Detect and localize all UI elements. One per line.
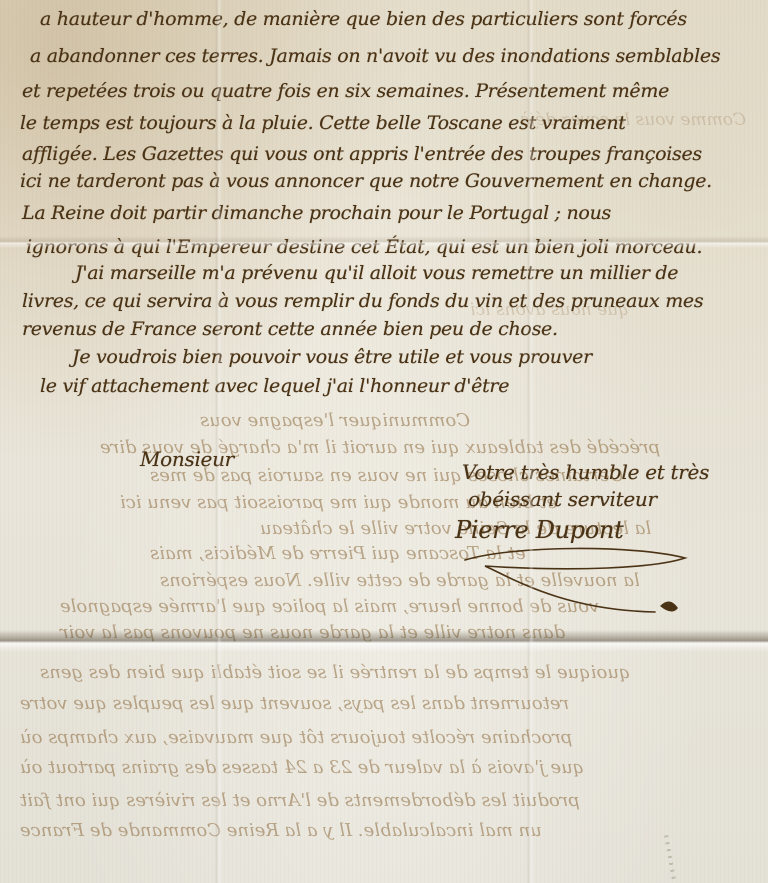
bleed-through-line: produit les débordements de l'Arno et le… <box>20 790 580 811</box>
letter-line-10: livres, ce qui servira à vous remplir du… <box>22 290 703 312</box>
letter-line-13: le vif attachement avec lequel j'ai l'ho… <box>40 375 509 397</box>
signature: Pierre Dupont <box>455 516 624 544</box>
letter-line-7: La Reine doit partir dimanche prochain p… <box>22 202 611 224</box>
bleed-through-line: quoique le temps de la rentrée il se soi… <box>40 662 630 683</box>
bleed-through-line: vous de bonne heure, mais la police que … <box>60 596 599 617</box>
bleed-through-line: prochaine récolte toujours tôt que mauva… <box>20 727 572 748</box>
bleed-through-line: Communiquer l'espagne vous <box>200 410 470 431</box>
letter-line-3: et repetées trois ou quatre fois en six … <box>22 80 669 102</box>
bleed-through-line: un mal incalculable. Il y a la Reine Com… <box>20 820 542 841</box>
bleed-through-line: dans notre ville et la garde nous ne pou… <box>60 622 565 643</box>
bleed-through-line: que j'avois à la valeur de 23 a 24 tasse… <box>20 757 584 778</box>
letter-page: Comme vous le savez déjà que nous avons … <box>0 0 768 883</box>
letter-line-1: a hauteur d'homme, de manière que bien d… <box>40 8 687 30</box>
bleed-through-line: la nouvelle et la garde de cette ville. … <box>160 570 640 591</box>
letter-line-12: Je voudrois bien pouvoir vous être utile… <box>72 346 592 368</box>
letter-line-11: revenus de France seront cette année bie… <box>22 318 558 340</box>
bleed-through-line: et la Toscane qui Pierre de Médicis, mai… <box>150 543 526 564</box>
letter-line-2: a abandonner ces terres. Jamais on n'avo… <box>30 45 720 67</box>
closing-line-1: Votre très humble et très <box>462 460 709 484</box>
closing-line-2: obéissant serviteur <box>468 487 657 511</box>
letter-line-4: le temps est toujours à la pluie. Cette … <box>20 112 626 134</box>
salutation: Monsieur <box>140 447 234 471</box>
letter-line-9: J'ai marseille m'a prévenu qu'il alloit … <box>75 262 678 284</box>
letter-line-8: ignorons à qui l'Empereur destine cet Ét… <box>26 236 702 258</box>
bleed-through-line: retournent dans les pays, souvent que le… <box>20 693 569 714</box>
needle-holes <box>664 835 676 880</box>
letter-line-6: ici ne tarderont pas à vous annoncer que… <box>20 170 712 192</box>
letter-line-5: affligée. Les Gazettes qui vous ont appr… <box>22 143 702 165</box>
